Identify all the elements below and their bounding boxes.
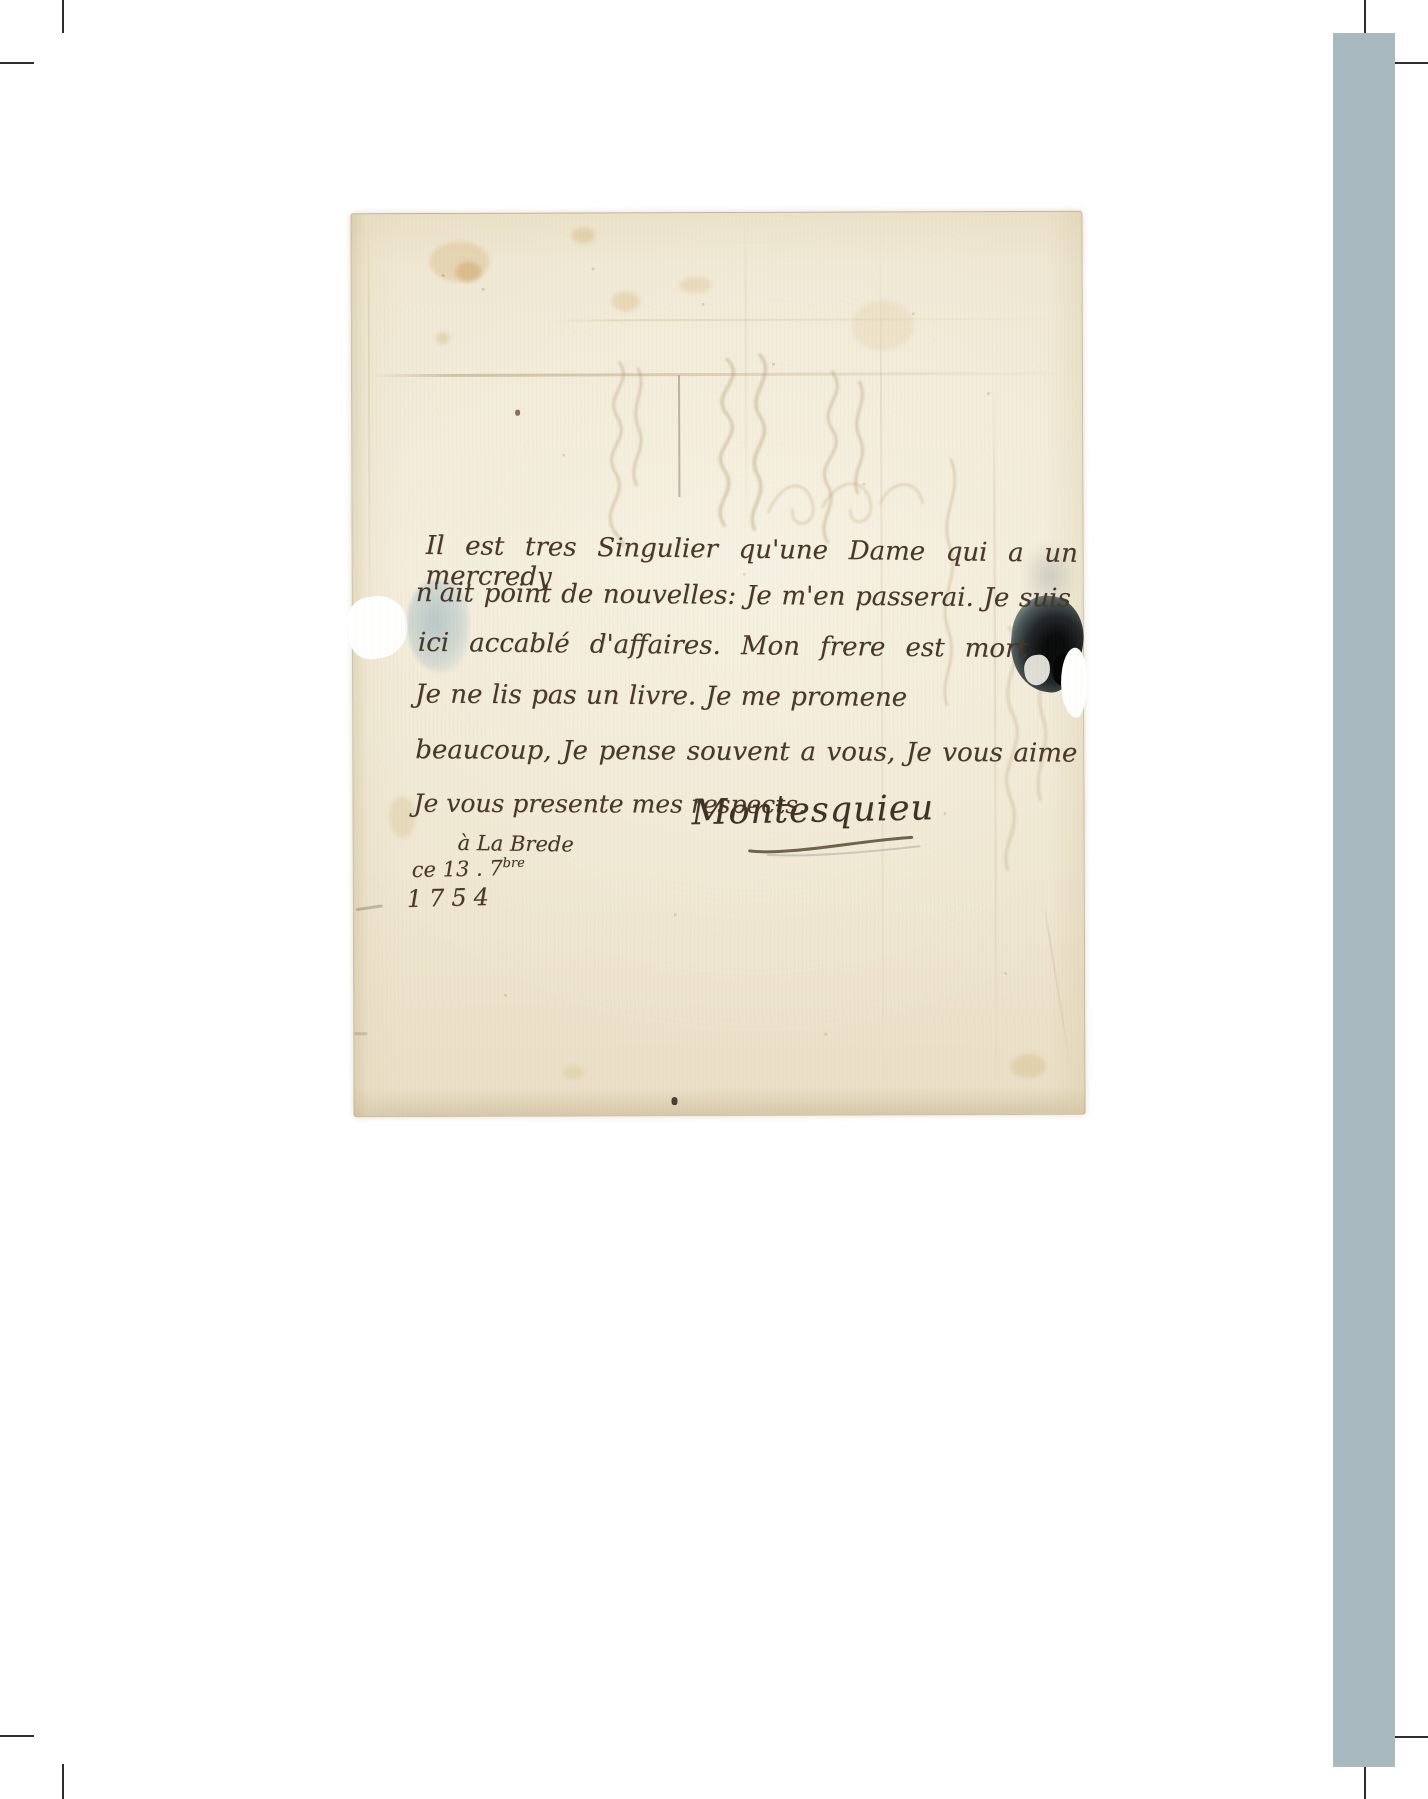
crop-mark-top-left-vertical bbox=[62, 0, 64, 33]
stain-spot bbox=[852, 300, 914, 350]
paper-freckles bbox=[442, 274, 445, 277]
date-superscript: bre bbox=[502, 856, 525, 871]
crop-mark-top-right-horizontal bbox=[1395, 62, 1428, 64]
signature-flourish bbox=[744, 832, 926, 861]
pencil-mark-vertical bbox=[678, 375, 680, 497]
paper-tear bbox=[1061, 648, 1087, 718]
crop-mark-top-right-vertical bbox=[1364, 0, 1366, 33]
crop-mark-bottom-left-horizontal bbox=[0, 1735, 34, 1737]
crop-mark-bottom-right-horizontal bbox=[1395, 1736, 1428, 1738]
ink-bleedthrough bbox=[587, 358, 658, 548]
page: { "page": { "background_color": "#ffffff… bbox=[0, 0, 1428, 1799]
fold-crease-vertical-left bbox=[367, 220, 370, 640]
fold-crease-diagonal-corner bbox=[1043, 901, 1072, 1069]
crop-mark-top-left-horizontal bbox=[0, 62, 34, 64]
stain-spot bbox=[562, 1065, 584, 1079]
accent-bar bbox=[1333, 33, 1395, 1767]
date-prefix: ce 13 . 7 bbox=[411, 856, 502, 882]
place-line: à La Brede bbox=[457, 831, 573, 857]
stain-spot bbox=[612, 291, 640, 311]
stain-spot bbox=[680, 277, 712, 293]
stain-spot bbox=[1010, 1054, 1046, 1078]
crop-mark-bottom-right-vertical bbox=[1364, 1766, 1366, 1799]
date-line: ce 13 . 7bre bbox=[411, 856, 525, 882]
pencil-mark-left-edge-small bbox=[354, 1032, 367, 1035]
signature: Montesquieu bbox=[691, 788, 934, 833]
ink-bleedthrough bbox=[762, 460, 932, 546]
stain-spot bbox=[571, 227, 595, 243]
handwriting-line-5: beaucoup, Je pense souvent a vous, Je vo… bbox=[415, 735, 1077, 768]
handwriting-line-3: ici accablé d'affaires. Mon frere est mo… bbox=[418, 628, 1028, 664]
stain-spot bbox=[436, 332, 450, 344]
stain-spot bbox=[389, 796, 415, 838]
pencil-mark-left-edge bbox=[356, 904, 383, 911]
handwriting-line-4: Je ne lis pas un livre. Je me promene bbox=[415, 679, 907, 712]
crop-mark-bottom-left-vertical bbox=[62, 1764, 64, 1799]
paper-speck bbox=[672, 1097, 678, 1105]
letter-scan: Il est tres Singulier qu'une Dame qui a … bbox=[350, 211, 1085, 1118]
stain-spot bbox=[456, 262, 482, 282]
paper-speck bbox=[515, 410, 520, 416]
year-line: 1754 bbox=[406, 883, 496, 913]
fold-crease-horizontal-faint bbox=[552, 318, 1072, 322]
paper-notch bbox=[344, 592, 412, 662]
handwriting-line-2: n'ait point de nouvelles: Je m'en passer… bbox=[416, 578, 1071, 614]
